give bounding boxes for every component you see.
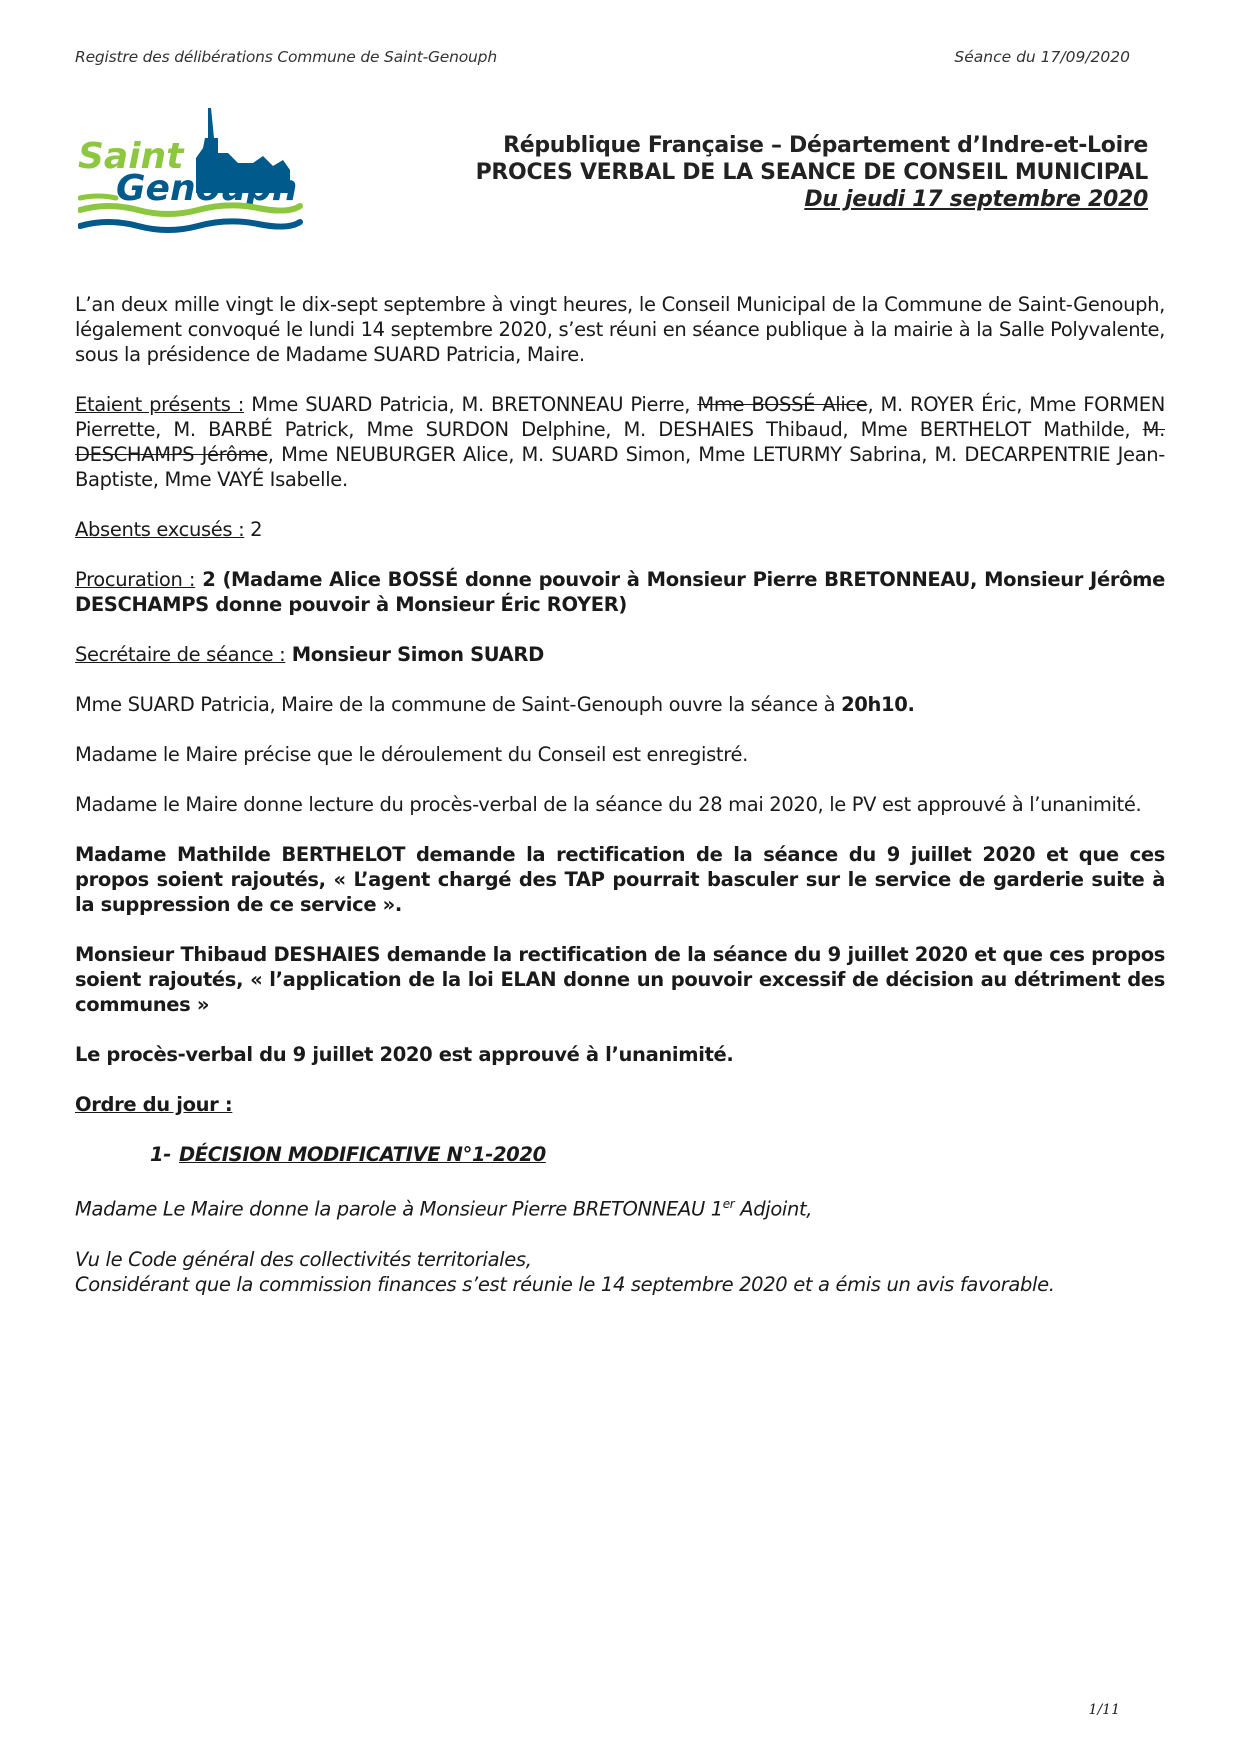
procuration-label: Procuration : (75, 568, 195, 591)
agenda-item: 1-DÉCISION MODIFICATIVE N°1-2020 (150, 1142, 1165, 1167)
secretaire-label: Secrétaire de séance : (75, 643, 285, 666)
procuration-value: 2 (Madame Alice BOSSÉ donne pouvoir à Mo… (75, 568, 1165, 616)
intro-paragraph: L’an deux mille vingt le dix-sept septem… (75, 292, 1165, 367)
register-title: Registre des délibérations Commune de Sa… (75, 48, 497, 66)
parole-paragraph: Madame Le Maire donne la parole à Monsie… (75, 1192, 1165, 1222)
ordre-du-jour-label: Ordre du jour : (75, 1092, 1165, 1117)
considerant-paragraph: Considérant que la commission finances s… (75, 1272, 1165, 1297)
document-title-block: République Française – Département d’Ind… (476, 132, 1148, 213)
ouverture-paragraph: Mme SUARD Patricia, Maire de la commune … (75, 692, 1165, 717)
session-date: Séance du 17/09/2020 (954, 48, 1130, 66)
absents-paragraph: Absents excusés : 2 (75, 517, 1165, 542)
rectification-berthelot: Madame Mathilde BERTHELOT demande la rec… (75, 842, 1165, 917)
svg-text:Genouph: Genouph (116, 168, 297, 209)
proces-verbal-title: PROCES VERBAL DE LA SEANCE DE CONSEIL MU… (476, 159, 1148, 186)
page-number: 1/11 (1089, 1702, 1120, 1718)
vu-paragraph: Vu le Code général des collectivités ter… (75, 1247, 1165, 1272)
struck-name: Mme BOSSÉ Alice (697, 393, 867, 416)
absents-count: 2 (244, 518, 262, 541)
absents-label: Absents excusés : (75, 518, 244, 541)
enregistre-paragraph: Madame le Maire précise que le dérouleme… (75, 742, 1165, 767)
secretaire-paragraph: Secrétaire de séance : Monsieur Simon SU… (75, 642, 1165, 667)
page-header: Registre des délibérations Commune de Sa… (75, 48, 1130, 72)
lecture-paragraph: Madame le Maire donne lecture du procès-… (75, 792, 1165, 817)
procuration-paragraph: Procuration : 2 (Madame Alice BOSSÉ donn… (75, 567, 1165, 617)
rectification-deshaies: Monsieur Thibaud DESHAIES demande la rec… (75, 942, 1165, 1017)
meeting-date: Du jeudi 17 septembre 2020 (476, 186, 1148, 213)
approbation-paragraph: Le procès-verbal du 9 juillet 2020 est a… (75, 1042, 1165, 1067)
presents-label: Etaient présents : (75, 393, 244, 416)
republic-department-line: République Française – Département d’Ind… (476, 132, 1148, 159)
agenda-item-number: 1- (150, 1143, 171, 1166)
presents-paragraph: Etaient présents : Mme SUARD Patricia, M… (75, 392, 1165, 492)
document-body: L’an deux mille vingt le dix-sept septem… (75, 292, 1165, 1322)
agenda-item-title: DÉCISION MODIFICATIVE N°1-2020 (179, 1143, 546, 1166)
saint-genouph-logo: Saint Genouph (78, 98, 308, 233)
opening-time: 20h10. (841, 693, 914, 716)
secretaire-value: Monsieur Simon SUARD (285, 643, 544, 666)
